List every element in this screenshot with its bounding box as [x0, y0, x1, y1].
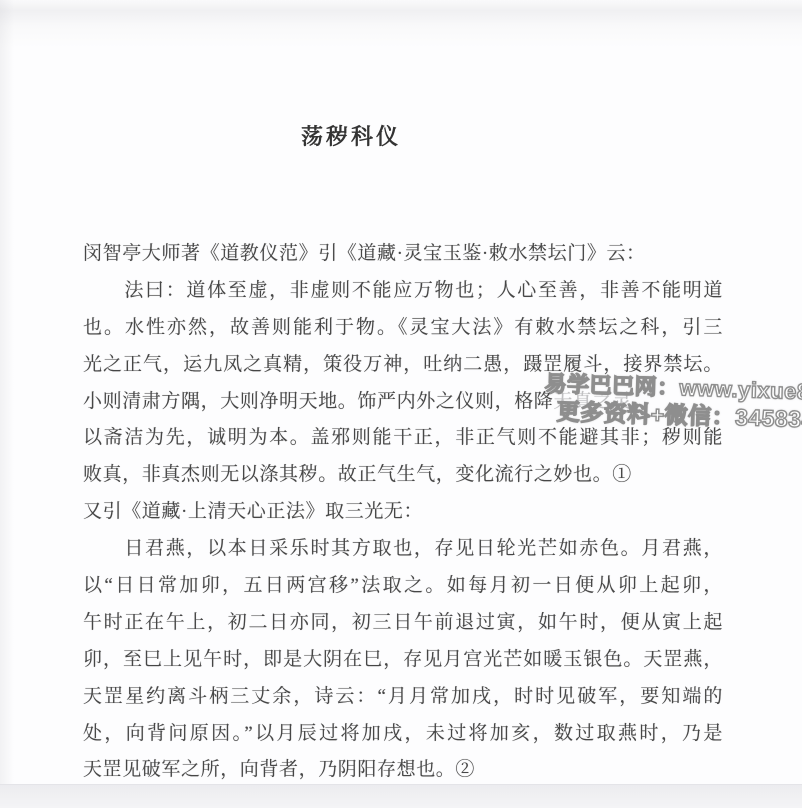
text-obscured-by-watermark: 天真之灵 [553, 391, 631, 412]
text-line-visible-part: 小则清肃方隅，大则净明天地。饰严内外之仪则，格降 [83, 391, 553, 412]
text-line: 也。水性亦然，故善则能利于物。《灵宝大法》有敕水禁坛之科，引三 [83, 310, 723, 347]
text-line: 午时正在午上，初二日亦同，初三日午前退过寅，如午时，便从寅上起 [83, 605, 723, 642]
scanned-page: 荡秽科仪 闵智亭大师著《道教仪范》引《道藏·灵宝玉鉴·敕水禁坛门》云： 法曰：道… [0, 0, 802, 808]
document-body: 闵智亭大师著《道教仪范》引《道藏·灵宝玉鉴·敕水禁坛门》云： 法曰：道体至虚，非… [83, 236, 723, 789]
text-line: 天罡星约离斗柄三丈余，诗云：“月月常加戌，时时见破军，要知端的 [83, 679, 723, 716]
text-line: 又引《道藏·上清天心正法》取三光无： [83, 494, 723, 531]
text-line: 败真，非真杰则无以涤其秽。故正气生气，变化流行之妙也。① [83, 457, 723, 494]
text-line: 闵智亭大师著《道教仪范》引《道藏·灵宝玉鉴·敕水禁坛门》云： [83, 236, 723, 273]
text-line: 法曰：道体至虚，非虚则不能应万物也；人心至善，非善不能明道 [83, 273, 723, 310]
text-line-partially-obscured: 小则清肃方隅，大则净明天地。饰严内外之仪则，格降天真之灵 [83, 384, 723, 421]
text-line: 以斋洁为先，诚明为本。盖邪则能干正，非正气则不能避其非；秽则能 [83, 420, 723, 457]
document-title: 荡秽科仪 [0, 120, 702, 151]
text-line: 处，向背问原因。”以月辰过将加戌，未过将加亥，数过取燕时，乃是 [83, 716, 723, 753]
scan-shadow-top [0, 0, 802, 48]
text-line: 日君燕，以本日采乐时其方取也，存见日轮光芒如赤色。月君燕， [83, 531, 723, 568]
scan-shadow-bottom [0, 784, 802, 808]
text-line: 卯，至巳上见午时，即是大阴在巳，存见月宫光芒如暖玉银色。天罡燕， [83, 642, 723, 679]
text-line: 以“日日常加卯，五日两宫移”法取之。如每月初一日便从卯上起卯， [83, 568, 723, 605]
text-line: 光之正气，运九凤之真精，策役万神，吐纳二愚，蹑罡履斗，接界禁坛。 [83, 347, 723, 384]
